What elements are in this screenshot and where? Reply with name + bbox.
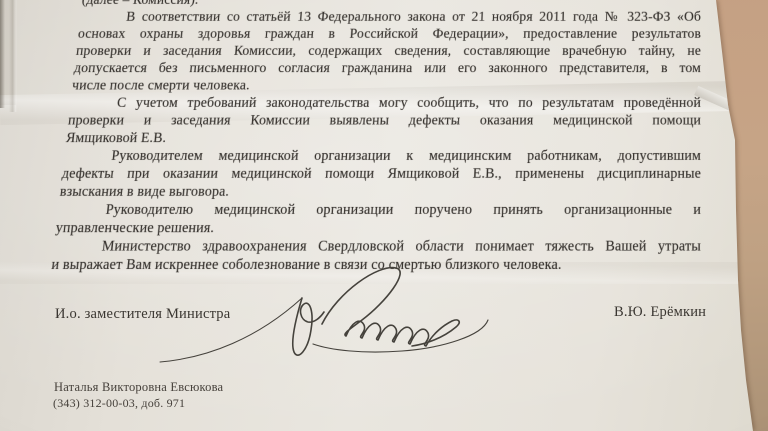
text-line: В соответствии со статьёй 13 Федеральног… <box>79 8 701 25</box>
paragraph-disciplinary-measures: Руководителем медицинской организации к … <box>59 146 701 200</box>
text-line-fragment: (далее – Комиссия). <box>81 0 701 8</box>
paper-left-fold-line <box>9 0 17 112</box>
handwritten-signature <box>150 258 520 370</box>
text-line: Руководителем медицинской организации к … <box>63 146 701 164</box>
text-line: основах охраны здоровья граждан в Россий… <box>77 25 701 42</box>
paragraph-inspection-results: С учетом требований законодательства мог… <box>65 94 701 147</box>
paragraph-management-decisions: Руководителю медицинской организации пор… <box>55 200 701 236</box>
text-line: управленческие решения. <box>55 218 701 236</box>
text-line: дефекты при оказании медицинской помощи … <box>61 164 701 182</box>
text-line: Ямщиковой Е.В. <box>65 129 701 147</box>
text-line: Руководителю медицинской организации пор… <box>57 200 701 218</box>
photographed-letter: (далее – Комиссия). В соответствии со ст… <box>0 0 768 431</box>
text-line: Министерство здравоохранения Свердловско… <box>53 236 701 254</box>
text-line: С учетом требований законодательства мог… <box>69 94 701 111</box>
text-line: допускается без письменного согласия гра… <box>73 59 701 76</box>
paper-sheet: (далее – Комиссия). В соответствии со ст… <box>0 0 768 431</box>
text-line: проверки и заседания Комиссии, содержащи… <box>75 42 701 59</box>
signer-name: В.Ю. Ерёмкин <box>614 304 706 321</box>
paragraph-law-reference: В соответствии со статьёй 13 Федеральног… <box>71 8 701 94</box>
contact-person-name: Наталья Викторовна Евсюкова <box>54 380 223 395</box>
text-line: числе после смерти человека. <box>71 76 701 93</box>
paper-sheet-wrap: (далее – Комиссия). В соответствии со ст… <box>0 0 768 431</box>
text-line: взыскания в виде выговора. <box>59 182 701 200</box>
text-line: проверки и заседания Комиссии выявлены д… <box>67 111 701 129</box>
contact-phone-number: (343) 312-00-03, доб. 971 <box>53 396 185 411</box>
letter-body-text: (далее – Комиссия). В соответствии со ст… <box>51 0 701 273</box>
paper-left-edge-shadow <box>0 0 5 108</box>
